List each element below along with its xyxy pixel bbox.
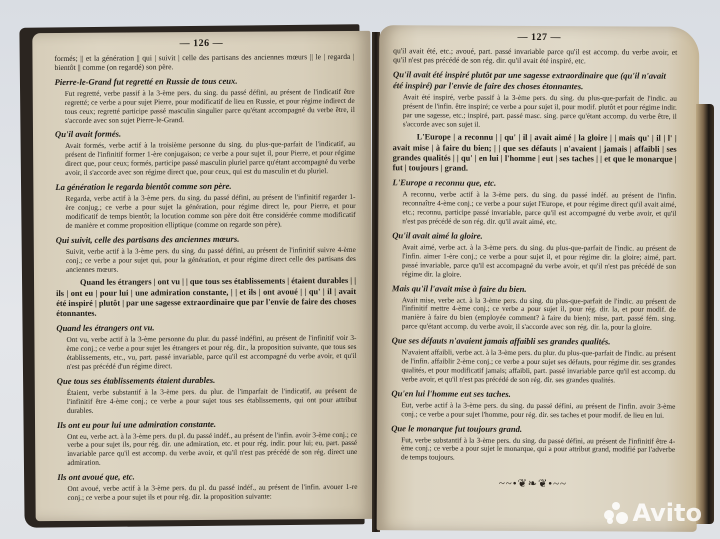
right-parsed-sentence: L'Europe | a reconnu | | qu' | il | avai… <box>393 133 677 175</box>
left-parsed-sentence: Quand les étrangers | ont vu | | que tou… <box>56 276 356 319</box>
left-page: — 126 — formés; || et la génération || q… <box>32 31 373 521</box>
analysis-heading: Qu'il avait été inspiré plutôt par une s… <box>393 69 677 92</box>
analysis-heading: Mais qu'il l'avait mise à faire du bien. <box>392 283 676 295</box>
analysis-heading: Que tous ses établissements étaient dura… <box>57 374 357 387</box>
analysis-text: Avait mise, verbe act. à la 3-ème pers. … <box>402 296 676 333</box>
analysis-text: Eut, verbe actif à la 3-ème pers. du sin… <box>401 401 675 420</box>
analysis-heading: Qui suivit, celle des partisans des anci… <box>56 233 356 246</box>
analysis-heading: Quand les étrangers ont vu. <box>56 321 356 334</box>
analysis-text: Étaient, verbe substantif à la 3-ème per… <box>67 387 357 416</box>
analysis-heading: Pierre-le-Grand fut regretté en Russie d… <box>55 75 355 88</box>
analysis-heading: Qu'il avait formés. <box>55 127 355 140</box>
open-book: — 126 — formés; || et la génération || q… <box>12 14 720 529</box>
analysis-text: Avait formés, verbe actif à la troisième… <box>65 140 355 178</box>
analysis-heading: Qu'il avait aimé la gloire. <box>392 230 676 242</box>
analysis-text: Ont eu, verbe act. à la 3-ème pers. du p… <box>67 430 357 468</box>
analysis-text: Fut, verbe substantif à la 3-ème pers. d… <box>401 436 675 464</box>
analysis-heading: L'Europe a reconnu que, etc. <box>392 177 676 189</box>
end-ornament: ~~•❦❧❦•~~ <box>391 477 675 491</box>
watermark: Avito <box>604 499 702 527</box>
watermark-label: Avito <box>632 499 702 527</box>
analysis-heading: Ils ont eu pour lui une admiration const… <box>57 417 357 430</box>
analysis-text: Ont avoué, verbe actif à la 3-ème pers. … <box>67 483 357 503</box>
analysis-text: Fut regretté, verbe passif à la 3-ème pe… <box>65 88 355 126</box>
analysis-heading: Que ses défauts n'avaient jamais affaibl… <box>392 335 676 347</box>
analysis-text: N'avaient affaibli, verbe act. à la 3-èm… <box>401 348 675 385</box>
analysis-heading: Ils ont avoué que, etc. <box>57 470 357 483</box>
analysis-text: Suivit, verbe actif à la 3-ème pers. du … <box>66 246 356 275</box>
page-number-left: — 126 — <box>32 37 370 50</box>
analysis-text: Avait été inspiré, verbe passif à la 3-è… <box>403 93 677 130</box>
analysis-text: Regarda, verbe actif à la 3-ème pers. du… <box>65 193 355 231</box>
right-page: — 127 — qu'il avait été, etc.; avoué, pa… <box>377 25 700 532</box>
analysis-text: Avait aimé, verbe act. à la 3-ème pers. … <box>402 243 676 280</box>
page-stack-edge <box>696 104 714 524</box>
page-number-right: — 127 — <box>379 31 699 44</box>
avito-logo-icon <box>604 502 628 524</box>
analysis-text: A reconnu, verbe actif à la 3-ème pers. … <box>402 191 676 228</box>
analysis-heading: Que le monarque fut toujours grand. <box>391 423 675 435</box>
analysis-heading: La génération le regarda bientôt comme s… <box>55 180 355 193</box>
analysis-text: Ont vu, verbe actif à la 3-ème personne … <box>66 334 356 372</box>
analysis-heading: Qu'en lui l'homme eut ses taches. <box>391 388 675 400</box>
left-intro: formés; || et la génération || qui | sui… <box>54 52 354 73</box>
right-intro: qu'il avait été, etc.; avoué, part. pass… <box>393 46 677 66</box>
